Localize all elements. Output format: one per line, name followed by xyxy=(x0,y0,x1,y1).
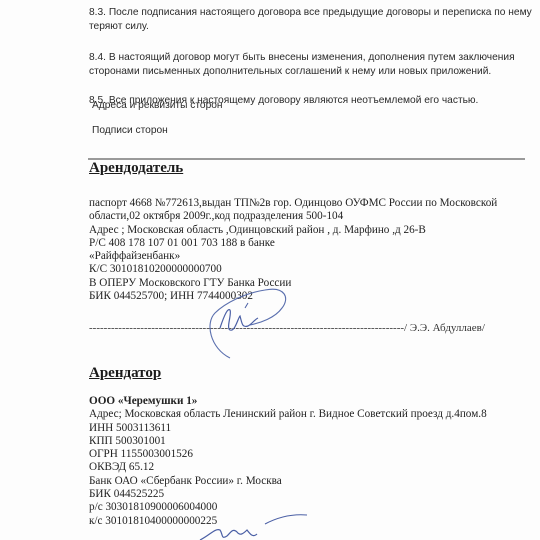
tenant-line: КПП 500301001 xyxy=(89,435,539,448)
lessor-line: паспорт 4668 №772613,выдан ТП№2в гор. Од… xyxy=(89,197,539,210)
lessor-line: «Райффайзенбанк» xyxy=(89,250,539,263)
tenant-line: ИНН 5003113611 xyxy=(89,422,539,435)
lessor-line: В ОПЕРУ Московского ГТУ Банка России xyxy=(89,277,539,290)
tenant-line: ОКВЭД 65.12 xyxy=(89,461,539,474)
tenant-line: Адрес; Московская область Ленинский райо… xyxy=(89,408,539,421)
lessor-line: области,02 октября 2009г.,код подразделе… xyxy=(89,210,539,223)
tenant-line: ОГРН 1155003001526 xyxy=(89,448,539,461)
tenant-line: Банк ОАО «Сбербанк России» г. Москва xyxy=(89,475,539,488)
lessor-heading: Арендодатель xyxy=(89,160,183,177)
lessor-signature-line: ----------------------------------------… xyxy=(89,322,485,334)
tenant-heading: Арендатор xyxy=(89,365,161,382)
addresses-title: Адреса и реквизиты сторон xyxy=(92,100,223,111)
lessor-details: паспорт 4668 №772613,выдан ТП№2в гор. Од… xyxy=(89,197,539,303)
clause-8-4: 8.4. В настоящий договор могут быть внес… xyxy=(89,51,534,79)
lessor-line: Р/С 408 178 107 01 001 703 188 в банке xyxy=(89,237,539,250)
lessor-line: БИК 044525700; ИНН 7744000302 xyxy=(89,290,539,303)
tenant-details: ООО «Черемушки 1» Адрес; Московская обла… xyxy=(89,395,539,528)
lessor-line: К/С 30101810200000000700 xyxy=(89,263,539,276)
tenant-line: БИК 044525225 xyxy=(89,488,539,501)
tenant-name: ООО «Черемушки 1» xyxy=(89,395,539,408)
lessor-line: Адрес ; Московская область ,Одинцовский … xyxy=(89,224,539,237)
tenant-line: р/с 30301810900006004000 xyxy=(89,501,539,514)
tenant-line: к/с 30101810400000000225 xyxy=(89,515,539,528)
clause-8-3: 8.3. После подписания настоящего договор… xyxy=(89,6,534,34)
signatures-title: Подписи сторон xyxy=(92,125,168,136)
